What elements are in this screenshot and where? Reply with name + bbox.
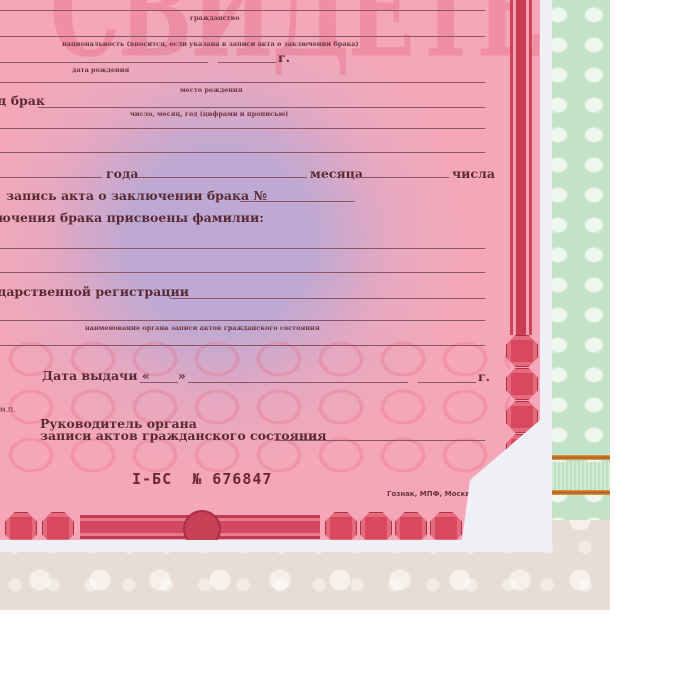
border-medallion — [395, 512, 427, 544]
issue-month-line[interactable] — [188, 382, 408, 383]
married-label: д брак — [0, 93, 45, 108]
border-medallion — [42, 512, 74, 544]
year-label: года — [106, 166, 138, 181]
border-medallion — [360, 512, 392, 544]
photo-background-lace: СВИДЕТЕЛЬСТВО гражданство национальность… — [0, 0, 610, 610]
day-line[interactable] — [357, 177, 449, 178]
dob-line[interactable] — [0, 62, 208, 63]
border-medallion — [506, 368, 538, 400]
dob-year-line[interactable] — [218, 62, 276, 63]
issue-quote-close: » — [178, 368, 186, 383]
registry-caption: наименование органа записи актов граждан… — [85, 324, 320, 332]
border-medallion — [325, 512, 357, 544]
certificate: СВИДЕТЕЛЬСТВО гражданство национальность… — [0, 0, 540, 540]
issue-year-line[interactable] — [418, 382, 476, 383]
registry-line[interactable] — [0, 320, 485, 321]
year-line[interactable] — [0, 177, 102, 178]
pob-caption: место рождения — [180, 86, 243, 94]
head-label: Руководитель органа записи актов граждан… — [40, 418, 327, 442]
citizenship-caption: гражданство — [190, 14, 239, 22]
record-label: запись акта о заключении брака № — [6, 188, 267, 203]
border-medallion — [5, 512, 37, 544]
surname-line-2[interactable] — [0, 272, 485, 273]
right-border — [510, 0, 532, 335]
registration-line[interactable] — [170, 298, 485, 299]
date-caption: число, месяц, год (цифрами и прописью) — [130, 110, 288, 118]
stamp-place: м.п. — [0, 405, 15, 414]
date-words-line-2[interactable] — [0, 152, 485, 153]
field-line — [0, 10, 485, 11]
border-medallion — [506, 335, 538, 367]
marriage-date-line[interactable] — [38, 107, 485, 108]
surname-line-1[interactable] — [0, 248, 485, 249]
issue-day-line[interactable] — [140, 382, 178, 383]
date-words-line[interactable] — [0, 128, 485, 129]
pob-line[interactable] — [0, 82, 485, 83]
nationality-caption: национальность (вносится, если указана в… — [62, 40, 359, 48]
signature-line[interactable] — [275, 440, 485, 441]
surnames-label: ючения брака присвоены фамилии: — [0, 210, 264, 225]
record-number-line[interactable] — [240, 201, 355, 202]
registration-label: дарственной регистрации — [0, 284, 189, 299]
registry-line-2[interactable] — [0, 345, 485, 346]
ornament-pattern — [0, 335, 510, 480]
month-label: месяца — [310, 166, 363, 181]
border-medallion — [430, 512, 462, 544]
issue-date-label: Дата выдачи « — [42, 368, 150, 383]
day-label: числа — [452, 166, 495, 181]
issue-year-suffix: г. — [478, 369, 490, 384]
serial-number: I-БС № 676847 — [132, 470, 272, 488]
dob-caption: дата рождения — [72, 66, 129, 74]
dob-year-suffix: г. — [278, 50, 290, 65]
month-line[interactable] — [137, 177, 307, 178]
citizenship-line[interactable] — [0, 36, 485, 37]
